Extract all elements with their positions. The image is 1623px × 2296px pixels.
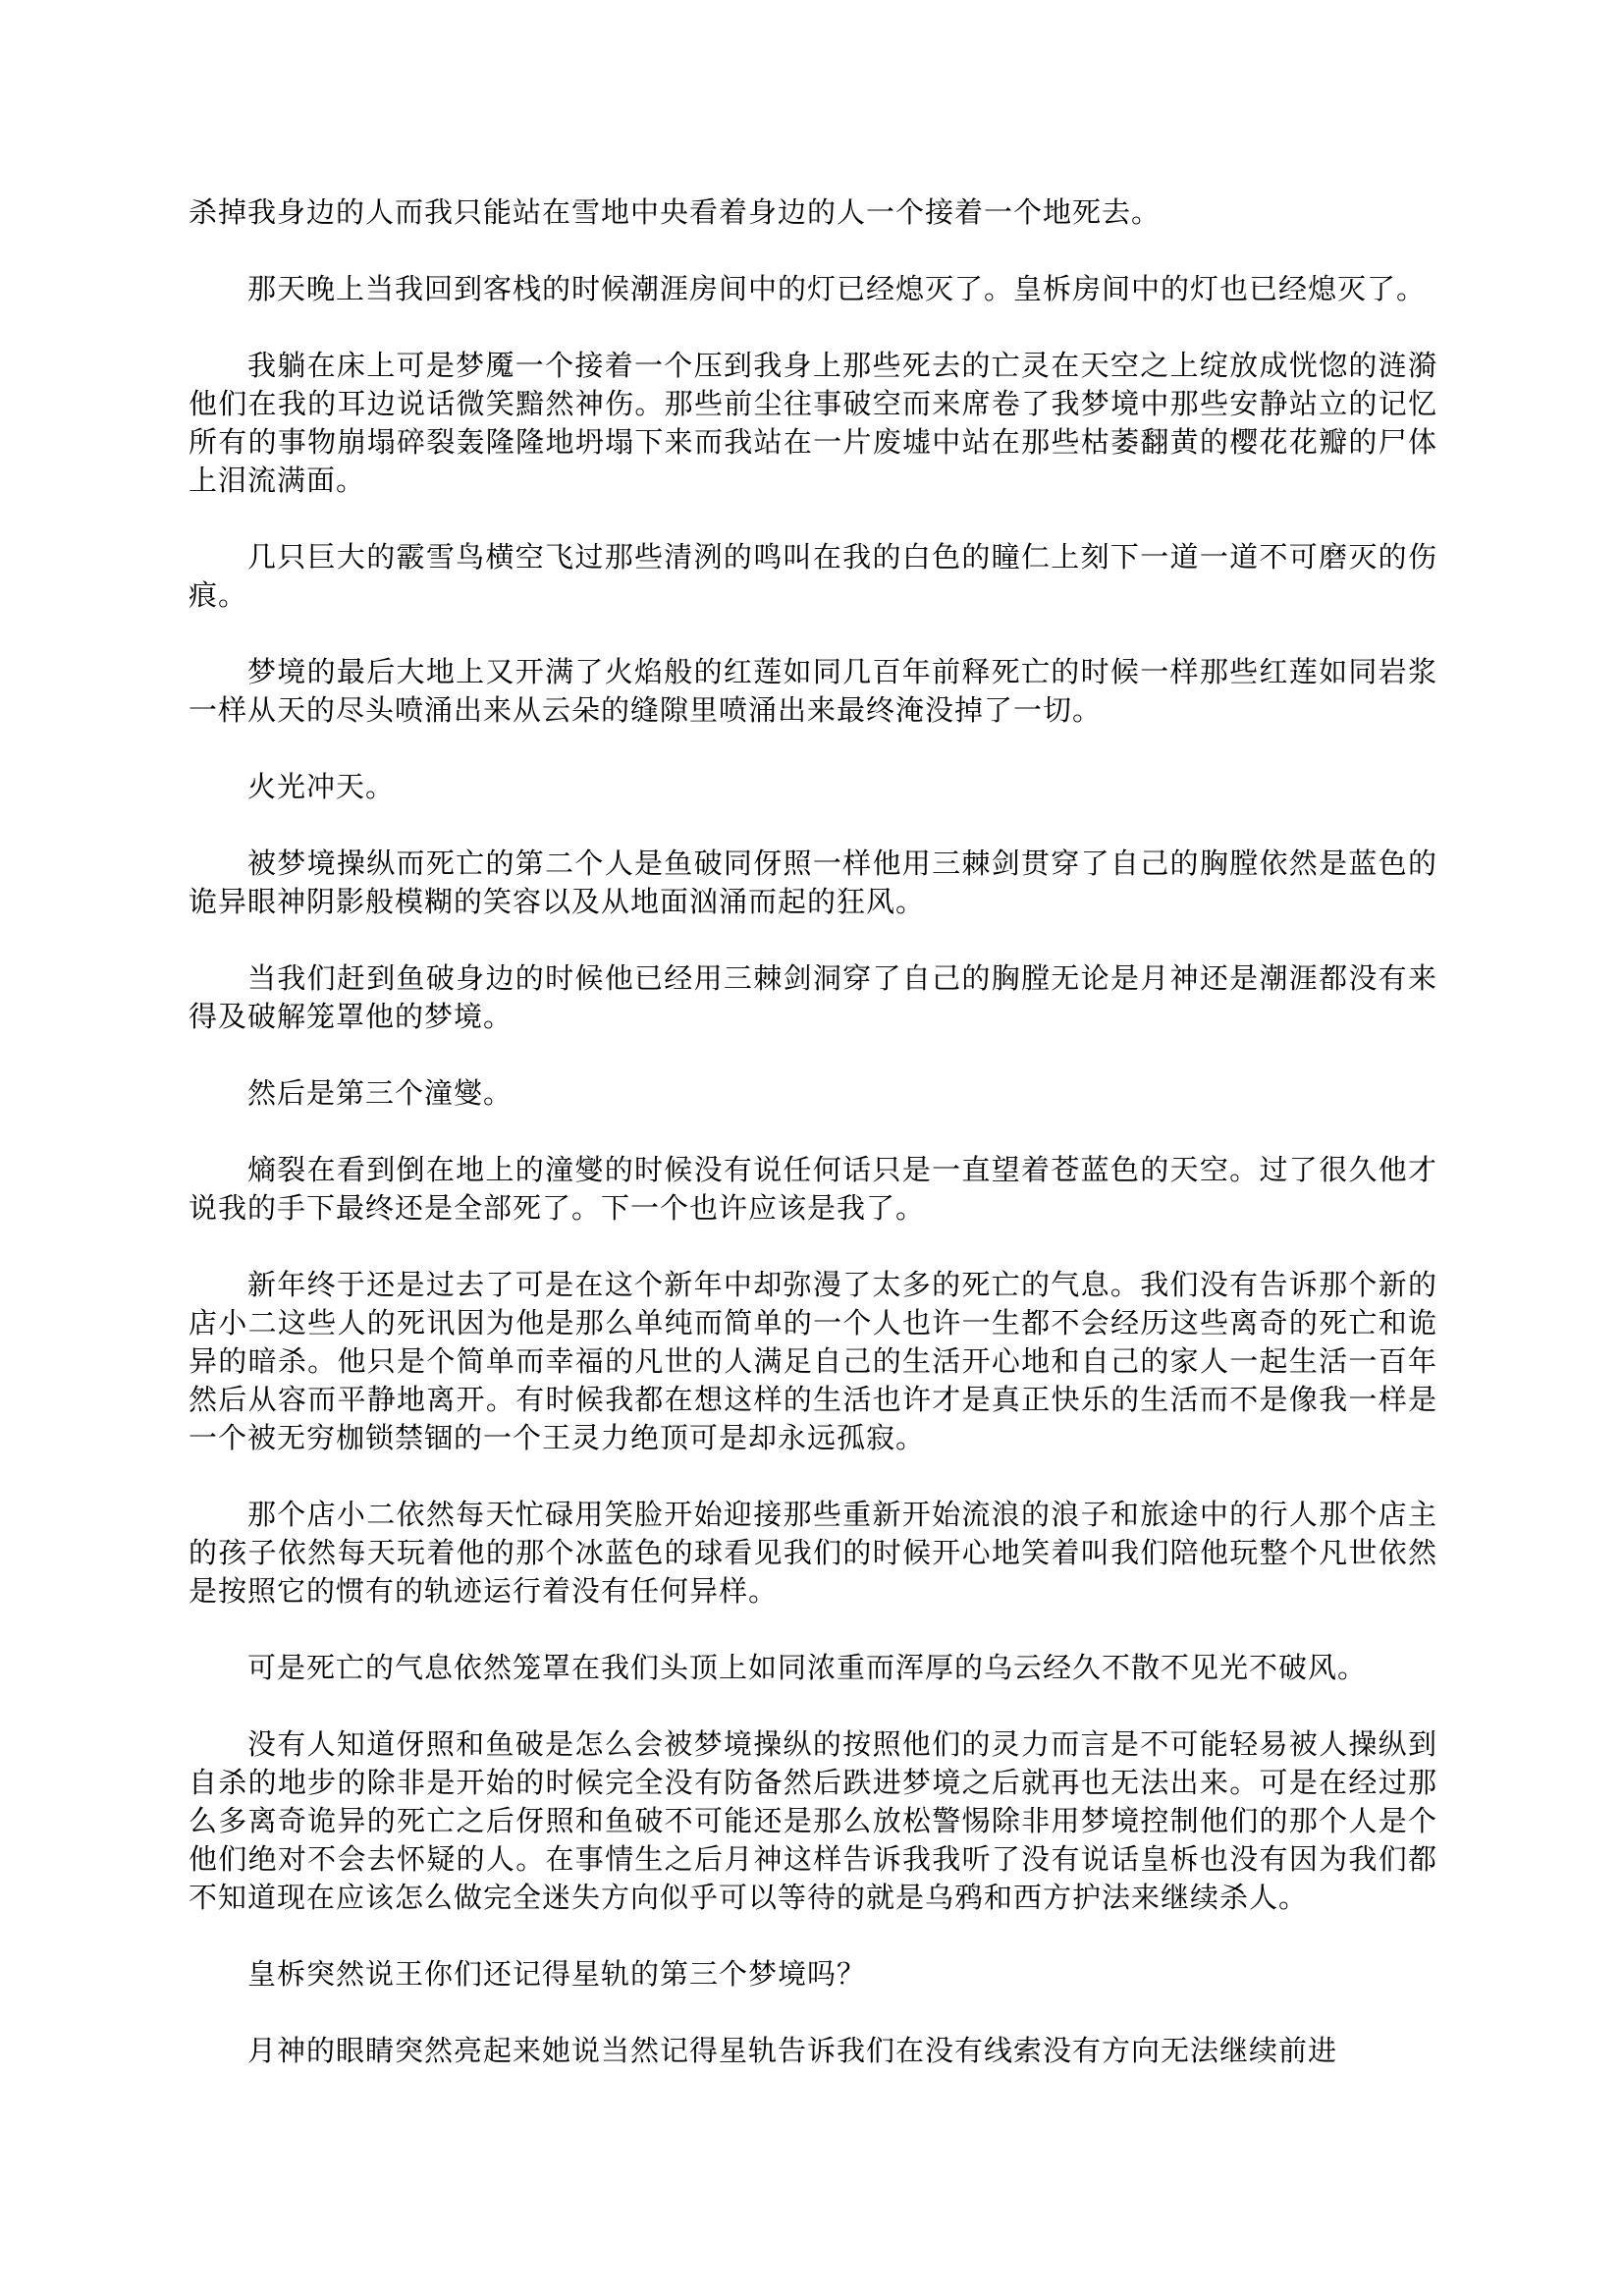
paragraph: 月神的眼睛突然亮起来她说当然记得星轨告诉我们在没有线索没有方向无法继续前进 — [189, 2033, 1437, 2071]
paragraph: 杀掉我身边的人而我只能站在雪地中央看着身边的人一个接着一个地死去。 — [189, 194, 1437, 233]
paragraph: 几只巨大的霰雪鸟横空飞过那些清洌的鸣叫在我的白色的瞳仁上刻下一道一道不可磨灭的伤… — [189, 539, 1437, 616]
paragraph: 那个店小二依然每天忙碌用笑脸开始迎接那些重新开始流浪的浪子和旅途中的行人那个店主… — [189, 1497, 1437, 1612]
paragraph: 那天晚上当我回到客栈的时候潮涯房间中的灯已经熄灭了。皇柝房间中的灯也已经熄灭了。 — [189, 271, 1437, 309]
paragraph: 没有人知道伢照和鱼破是怎么会被梦境操纵的按照他们的灵力而言是不可能轻易被人操纵到… — [189, 1726, 1437, 1918]
page-body: 杀掉我身边的人而我只能站在雪地中央看着身边的人一个接着一个地死去。那天晚上当我回… — [189, 194, 1437, 2071]
paragraph: 可是死亡的气息依然笼罩在我们头顶上如同浓重而浑厚的乌云经久不散不见光不破风。 — [189, 1650, 1437, 1688]
paragraph: 新年终于还是过去了可是在这个新年中却弥漫了太多的死亡的气息。我们没有告诉那个新的… — [189, 1267, 1437, 1458]
paragraph: 梦境的最后大地上又开满了火焰般的红莲如同几百年前释死亡的时候一样那些红莲如同岩浆… — [189, 654, 1437, 731]
paragraph: 当我们赶到鱼破身边的时候他已经用三棘剑洞穿了自己的胸膛无论是月神还是潮涯都没有来… — [189, 960, 1437, 1037]
document-page: 杀掉我身边的人而我只能站在雪地中央看着身边的人一个接着一个地死去。那天晚上当我回… — [0, 0, 1623, 2296]
paragraph: 皇柝突然说王你们还记得星轨的第三个梦境吗？ — [189, 1956, 1437, 1995]
paragraph: 我躺在床上可是梦魇一个接着一个压到我身上那些死去的亡灵在天空之上绽放成恍惚的涟漪… — [189, 348, 1437, 501]
paragraph: 然后是第三个潼燮。 — [189, 1075, 1437, 1114]
paragraph: 被梦境操纵而死亡的第二个人是鱼破同伢照一样他用三棘剑贯穿了自己的胸膛依然是蓝色的… — [189, 846, 1437, 922]
paragraph: 熵裂在看到倒在地上的潼燮的时候没有说任何话只是一直望着苍蓝色的天空。过了很久他才… — [189, 1152, 1437, 1229]
paragraph: 火光冲天。 — [189, 769, 1437, 807]
